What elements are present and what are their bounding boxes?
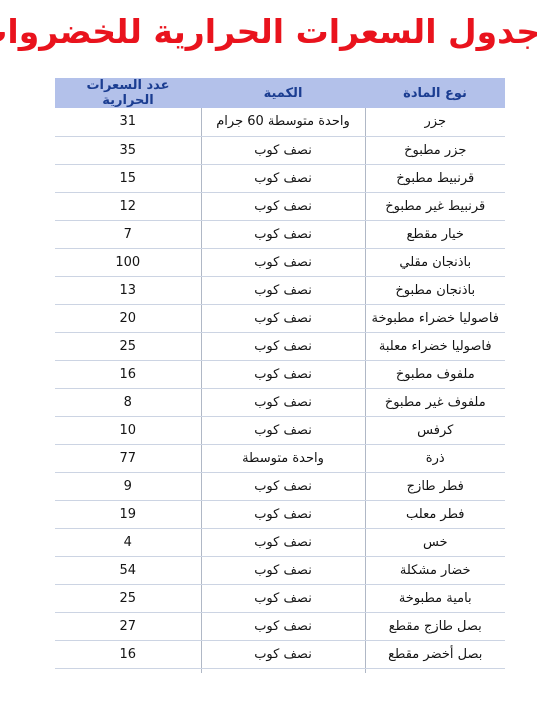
table-row: فطر معلبنصف كوب19 (55, 500, 505, 528)
table-row: جزر مطبوخنصف كوب35 (55, 136, 505, 164)
table-row: باذنجان مطبوخنصف كوب13 (55, 276, 505, 304)
table-row: ذرةواحدة متوسطة77 (55, 444, 505, 472)
quantity-cell: واحدة متوسطة (201, 444, 365, 472)
item-cell: قرنبيط غير مطبوخ (365, 192, 505, 220)
calories-cell: 15 (55, 164, 201, 192)
table-row: خسنصف كوب4 (55, 528, 505, 556)
table-row: خيار مقطعنصف كوب7 (55, 220, 505, 248)
calories-cell: 20 (55, 304, 201, 332)
quantity-cell: نصف كوب (201, 248, 365, 276)
quantity-cell: نصف كوب (201, 556, 365, 584)
header-item-type: نوع المادة (365, 78, 505, 108)
quantity-cell: نصف كوب (201, 164, 365, 192)
table-row: فاصوليا خضراء مطبوخةنصف كوب20 (55, 304, 505, 332)
table-row: كرفسنصف كوب10 (55, 416, 505, 444)
calories-cell: 4 (55, 528, 201, 556)
table-row: قرنبيط مطبوخنصف كوب15 (55, 164, 505, 192)
calories-cell: 8 (55, 388, 201, 416)
quantity-cell: نصف كوب (201, 416, 365, 444)
table-row: بصل طازج مقطعنصف كوب27 (55, 612, 505, 640)
calories-table: نوع المادة الكمية عدد السعرات الحرارية ج… (55, 78, 505, 673)
calories-cell: 9 (55, 472, 201, 500)
table-row: باذنجان مقلينصف كوب100 (55, 248, 505, 276)
item-cell: جزر (365, 108, 505, 136)
item-cell: قرنبيط مطبوخ (365, 164, 505, 192)
item-cell: فاصوليا خضراء معلبة (365, 332, 505, 360)
item-cell: بصل أخضر مقطع (365, 640, 505, 668)
calories-cell: 25 (55, 584, 201, 612)
calorie-table-page: جدول السعرات الحرارية للخضروات نوع الماد… (0, 0, 540, 721)
calories-cell: 31 (55, 108, 201, 136)
calories-cell: 10 (55, 416, 201, 444)
header-quantity: الكمية (201, 78, 365, 108)
item-cell: خس (365, 528, 505, 556)
table-header: نوع المادة الكمية عدد السعرات الحرارية (55, 78, 505, 108)
header-row: نوع المادة الكمية عدد السعرات الحرارية (55, 78, 505, 108)
table-row: جزرواحدة متوسطة 60 جرام31 (55, 108, 505, 136)
quantity-cell: نصف كوب (201, 500, 365, 528)
table-footer (55, 668, 505, 673)
item-cell: خضار مشكلة (365, 556, 505, 584)
table-row: بامية مطبوخةنصف كوب25 (55, 584, 505, 612)
table-row: خضار مشكلةنصف كوب54 (55, 556, 505, 584)
table-row: بصل أخضر مقطعنصف كوب16 (55, 640, 505, 668)
item-cell: فطر معلب (365, 500, 505, 528)
quantity-cell: نصف كوب (201, 276, 365, 304)
calories-cell: 7 (55, 220, 201, 248)
item-cell: كرفس (365, 416, 505, 444)
calories-cell: 27 (55, 612, 201, 640)
item-cell: جزر مطبوخ (365, 136, 505, 164)
item-cell: بامية مطبوخة (365, 584, 505, 612)
footer-spacer (55, 668, 201, 673)
item-cell: باذنجان مطبوخ (365, 276, 505, 304)
calories-cell: 35 (55, 136, 201, 164)
item-cell: فاصوليا خضراء مطبوخة (365, 304, 505, 332)
footer-spacer (201, 668, 365, 673)
calories-cell: 16 (55, 640, 201, 668)
table-row: ملفوف غير مطبوخنصف كوب8 (55, 388, 505, 416)
calories-cell: 12 (55, 192, 201, 220)
quantity-cell: نصف كوب (201, 136, 365, 164)
quantity-cell: نصف كوب (201, 388, 365, 416)
calories-cell: 77 (55, 444, 201, 472)
quantity-cell: واحدة متوسطة 60 جرام (201, 108, 365, 136)
table-row: قرنبيط غير مطبوخنصف كوب12 (55, 192, 505, 220)
item-cell: ذرة (365, 444, 505, 472)
quantity-cell: نصف كوب (201, 304, 365, 332)
table-row: فاصوليا خضراء معلبةنصف كوب25 (55, 332, 505, 360)
item-cell: ملفوف غير مطبوخ (365, 388, 505, 416)
quantity-cell: نصف كوب (201, 528, 365, 556)
header-calories: عدد السعرات الحرارية (55, 78, 201, 108)
quantity-cell: نصف كوب (201, 584, 365, 612)
calories-cell: 13 (55, 276, 201, 304)
item-cell: خيار مقطع (365, 220, 505, 248)
item-cell: باذنجان مقلي (365, 248, 505, 276)
item-cell: بصل طازج مقطع (365, 612, 505, 640)
quantity-cell: نصف كوب (201, 640, 365, 668)
item-cell: فطر طازج (365, 472, 505, 500)
quantity-cell: نصف كوب (201, 612, 365, 640)
calories-cell: 25 (55, 332, 201, 360)
footer-row (55, 668, 505, 673)
quantity-cell: نصف كوب (201, 332, 365, 360)
table-row: ملفوف مطبوخنصف كوب16 (55, 360, 505, 388)
table-body: جزرواحدة متوسطة 60 جرام31جزر مطبوخنصف كو… (55, 108, 505, 668)
table-row: فطر طازجنصف كوب9 (55, 472, 505, 500)
calories-cell: 54 (55, 556, 201, 584)
quantity-cell: نصف كوب (201, 220, 365, 248)
calories-cell: 16 (55, 360, 201, 388)
quantity-cell: نصف كوب (201, 472, 365, 500)
quantity-cell: نصف كوب (201, 360, 365, 388)
calories-cell: 100 (55, 248, 201, 276)
calories-cell: 19 (55, 500, 201, 528)
item-cell: ملفوف مطبوخ (365, 360, 505, 388)
footer-spacer (365, 668, 505, 673)
page-title: جدول السعرات الحرارية للخضروات (0, 0, 540, 53)
quantity-cell: نصف كوب (201, 192, 365, 220)
